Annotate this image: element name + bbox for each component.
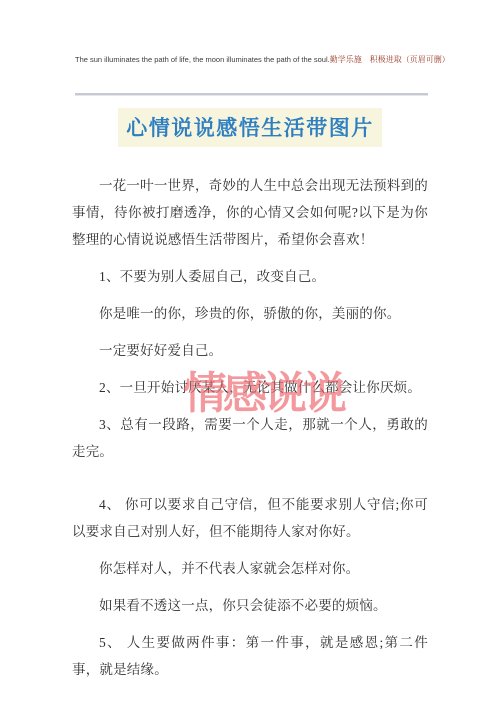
article-body: 一花一叶一世界，奇妙的人生中总会出现无法预料到的事情，待你被打磨透净，你的心情又… bbox=[72, 172, 428, 693]
page-header: The sun illuminates the path of life, th… bbox=[75, 55, 430, 65]
document-page: The sun illuminates the path of life, th… bbox=[0, 0, 500, 708]
paragraph: 5、 人生要做两件事：第一件事，就是感恩;第二件事，就是结缘。 bbox=[72, 629, 428, 683]
header-chinese-text: 勤学乐施 积极进取（页眉可删） bbox=[330, 55, 450, 64]
paragraph: 你是唯一的你，珍贵的你，骄傲的你，美丽的你。 bbox=[72, 300, 428, 327]
paragraph: 如果看不透这一点，你只会徒添不必要的烦恼。 bbox=[72, 592, 428, 619]
paragraph: 一定要好好爱自己。 bbox=[72, 337, 428, 364]
paragraph: 2、一旦开始讨厌某人，无论其做什么都会让你厌烦。 bbox=[72, 374, 428, 401]
paragraph: 你怎样对人，并不代表人家就会怎样对你。 bbox=[72, 555, 428, 582]
paragraph: 1、不要为别人委屈自己，改变自己。 bbox=[72, 263, 428, 290]
page-title-text: 心情说说感悟生活带图片 bbox=[118, 108, 382, 147]
paragraph: 一花一叶一世界，奇妙的人生中总会出现无法预料到的事情，待你被打磨透净，你的心情又… bbox=[72, 172, 428, 253]
header-divider bbox=[75, 93, 428, 96]
header-english-text: The sun illuminates the path of life, th… bbox=[75, 55, 330, 64]
paragraph: 4、 你可以要求自己守信，但不能要求别人守信;你可以要求自己对别人好，但不能期待… bbox=[72, 491, 428, 545]
page-title: 心情说说感悟生活带图片 bbox=[0, 106, 500, 147]
paragraph: 3、总有一段路，需要一个人走，那就一个人，勇敢的走完。 bbox=[72, 411, 428, 465]
